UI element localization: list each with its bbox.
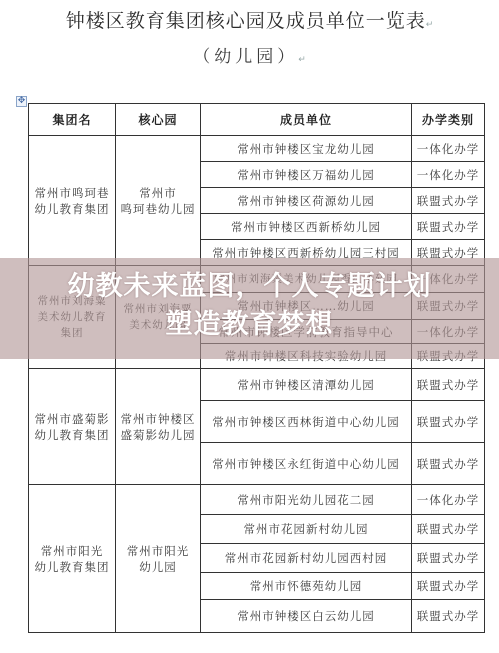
school-type-cell: 联盟式办学 bbox=[412, 369, 485, 401]
table-row: 常州市阳光 幼儿教育集团 常州市阳光 幼儿园 常州市阳光幼儿园花二园 一体化办学 bbox=[29, 485, 485, 515]
school-type-cell: 联盟式办学 bbox=[412, 214, 485, 240]
core-kindergarten-cell: 常州市钟楼区 盛菊影幼儿园 bbox=[116, 369, 201, 485]
school-type-cell: 联盟式办学 bbox=[412, 188, 485, 214]
member-unit-cell: 常州市钟楼区西新桥幼儿园 bbox=[201, 214, 412, 240]
member-unit-cell: 常州市钟楼区永红街道中心幼儿园 bbox=[201, 443, 412, 485]
member-unit-cell: 常州市钟楼区万福幼儿园 bbox=[201, 162, 412, 188]
table-header-row: 集团名 核心园 成员单位 办学类别 bbox=[29, 104, 485, 136]
overlay-headline-line1: 幼教未来蓝图，个人专题计划 bbox=[0, 268, 499, 306]
school-type-cell: 一体化办学 bbox=[412, 485, 485, 515]
header-school-type: 办学类别 bbox=[412, 104, 485, 136]
member-unit-cell: 常州市钟楼区清潭幼儿园 bbox=[201, 369, 412, 401]
school-type-cell: 联盟式办学 bbox=[412, 600, 485, 633]
school-type-cell: 一体化办学 bbox=[412, 136, 485, 162]
paragraph-mark-icon: ↵ bbox=[298, 55, 306, 65]
member-unit-cell: 常州市钟楼区白云幼儿园 bbox=[201, 600, 412, 633]
group-name-cell: 常州市鸣珂巷 幼儿教育集团 bbox=[29, 136, 116, 266]
school-type-cell: 联盟式办学 bbox=[412, 443, 485, 485]
group-table: 集团名 核心园 成员单位 办学类别 常州市鸣珂巷 幼儿教育集团 常州市 鸣珂巷幼… bbox=[28, 103, 485, 633]
overlay-headline: 幼教未来蓝图，个人专题计划 塑造教育梦想 bbox=[0, 258, 499, 344]
table-row: 常州市盛菊影 幼儿教育集团 常州市钟楼区 盛菊影幼儿园 常州市钟楼区清潭幼儿园 … bbox=[29, 369, 485, 401]
member-unit-cell: 常州市花园新村幼儿园西村园 bbox=[201, 544, 412, 573]
member-unit-cell: 常州市钟楼区荷源幼儿园 bbox=[201, 188, 412, 214]
school-type-cell: 联盟式办学 bbox=[412, 573, 485, 600]
table-row: 常州市鸣珂巷 幼儿教育集团 常州市 鸣珂巷幼儿园 常州市钟楼区宝龙幼儿园 一体化… bbox=[29, 136, 485, 162]
document-subtitle: （幼儿园）↵ bbox=[0, 42, 499, 67]
core-kindergarten-cell: 常州市 鸣珂巷幼儿园 bbox=[116, 136, 201, 266]
core-kindergarten-cell: 常州市阳光 幼儿园 bbox=[116, 485, 201, 633]
group-name-cell: 常州市盛菊影 幼儿教育集团 bbox=[29, 369, 116, 485]
group-name-cell: 常州市阳光 幼儿教育集团 bbox=[29, 485, 116, 633]
member-unit-cell: 常州市钟楼区宝龙幼儿园 bbox=[201, 136, 412, 162]
member-unit-cell: 常州市钟楼区西林街道中心幼儿园 bbox=[201, 401, 412, 443]
header-core-kindergarten: 核心园 bbox=[116, 104, 201, 136]
school-type-cell: 一体化办学 bbox=[412, 162, 485, 188]
header-member-unit: 成员单位 bbox=[201, 104, 412, 136]
overlay-headline-line2: 塑造教育梦想 bbox=[0, 306, 499, 344]
school-type-cell: 联盟式办学 bbox=[412, 544, 485, 573]
table-move-handle-icon[interactable]: ✥ bbox=[16, 96, 27, 107]
document-title: 钟楼区教育集团核心园及成员单位一览表↵ bbox=[0, 6, 499, 33]
member-unit-cell: 常州市花园新村幼儿园 bbox=[201, 515, 412, 544]
paragraph-mark-icon: ↵ bbox=[426, 20, 434, 30]
member-unit-cell: 常州市怀德苑幼儿园 bbox=[201, 573, 412, 600]
school-type-cell: 联盟式办学 bbox=[412, 401, 485, 443]
member-unit-cell: 常州市阳光幼儿园花二园 bbox=[201, 485, 412, 515]
header-group-name: 集团名 bbox=[29, 104, 116, 136]
school-type-cell: 联盟式办学 bbox=[412, 515, 485, 544]
